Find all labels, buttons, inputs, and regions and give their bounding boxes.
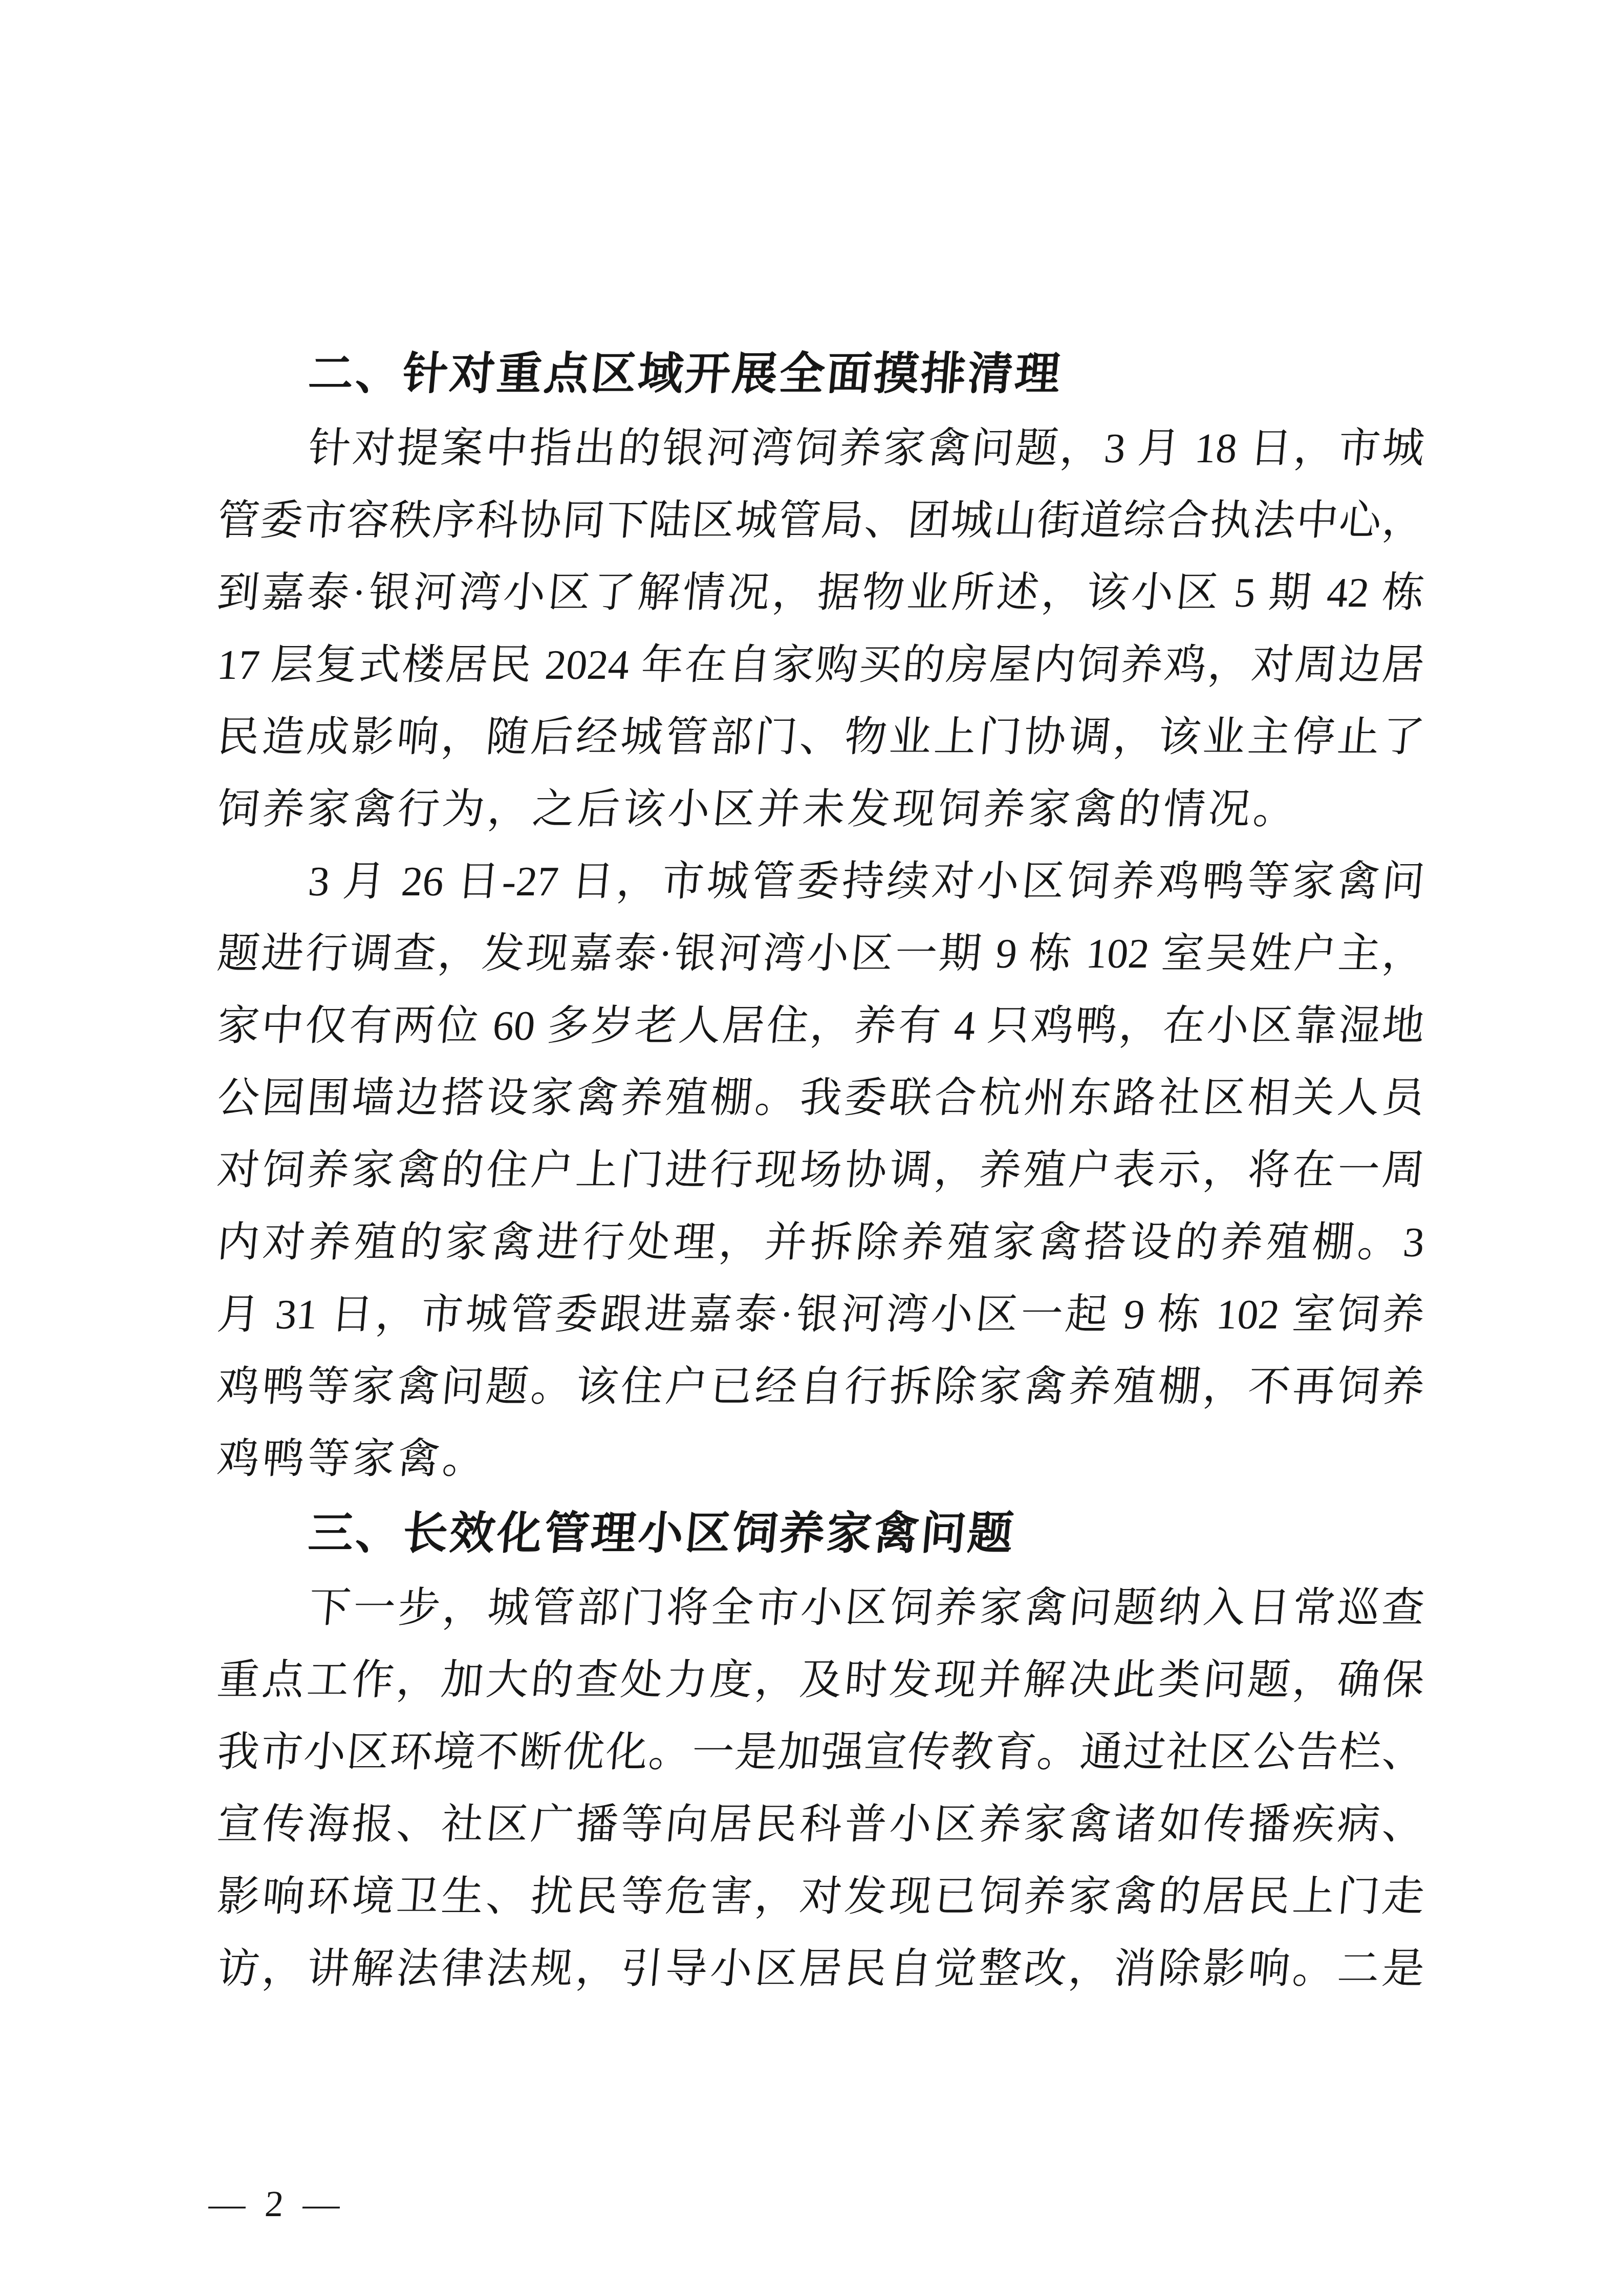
body-line: 对饲养家禽的住户上门进行现场协调，养殖户表示，将在一周 [214,1134,1427,1206]
body-line: 鸡鸭等家禽问题。该住户已经自行拆除家禽养殖棚，不再饲养 [214,1350,1427,1423]
body-line: 内对养殖的家禽进行处理，并拆除养殖家禽搭设的养殖棚。3 [214,1206,1427,1278]
body-line: 月 31 日，市城管委跟进嘉泰·银河湾小区一起 9 栋 102 室饲养 [214,1278,1427,1350]
body-line: 17 层复式楼居民 2024 年在自家购买的房屋内饲养鸡，对周边居 [214,629,1427,701]
body-line: 鸡鸭等家禽。 [214,1423,1427,1495]
document-body: 二、针对重点区域开展全面摸排清理 针对提案中指出的银河湾饲养家禽问题，3 月 1… [218,335,1424,2005]
body-line: 管委市容秩序科协同下陆区城管局、团城山街道综合执法中心， [214,484,1427,556]
body-line: 3 月 26 日-27 日，市城管委持续对小区饲养鸡鸭等家禽问 [214,845,1427,917]
body-line: 公园围墙边搭设家禽养殖棚。我委联合杭州东路社区相关人员 [214,1062,1427,1134]
body-line: 我市小区环境不断优化。一是加强宣传教育。通过社区公告栏、 [214,1716,1427,1788]
body-line: 民造成影响，随后经城管部门、物业上门协调，该业主停止了 [214,701,1427,773]
section-heading: 三、长效化管理小区饲养家禽问题 [214,1495,1427,1572]
body-line: 家中仅有两位 60 多岁老人居住，养有 4 只鸡鸭，在小区靠湿地 [214,990,1427,1062]
body-line: 到嘉泰·银河湾小区了解情况，据物业所述，该小区 5 期 42 栋 [214,556,1427,629]
section-heading: 二、针对重点区域开展全面摸排清理 [214,335,1427,412]
body-line: 重点工作，加大的查处力度，及时发现并解决此类问题，确保 [214,1644,1427,1716]
page-number: — 2 — [207,2182,347,2226]
body-line: 针对提案中指出的银河湾饲养家禽问题，3 月 18 日，市城 [214,412,1427,484]
body-line: 访，讲解法律法规，引导小区居民自觉整改，消除影响。二是 [214,1933,1427,2005]
body-line: 饲养家禽行为，之后该小区并未发现饲养家禽的情况。 [214,773,1427,845]
document-page: 二、针对重点区域开展全面摸排清理 针对提案中指出的银河湾饲养家禽问题，3 月 1… [0,0,1624,2296]
body-line: 宣传海报、社区广播等向居民科普小区养家禽诸如传播疾病、 [214,1788,1427,1860]
body-line: 下一步，城管部门将全市小区饲养家禽问题纳入日常巡查 [214,1572,1427,1644]
body-line: 题进行调查，发现嘉泰·银河湾小区一期 9 栋 102 室吴姓户主， [214,917,1427,990]
body-line: 影响环境卫生、扰民等危害，对发现已饲养家禽的居民上门走 [214,1860,1427,1933]
